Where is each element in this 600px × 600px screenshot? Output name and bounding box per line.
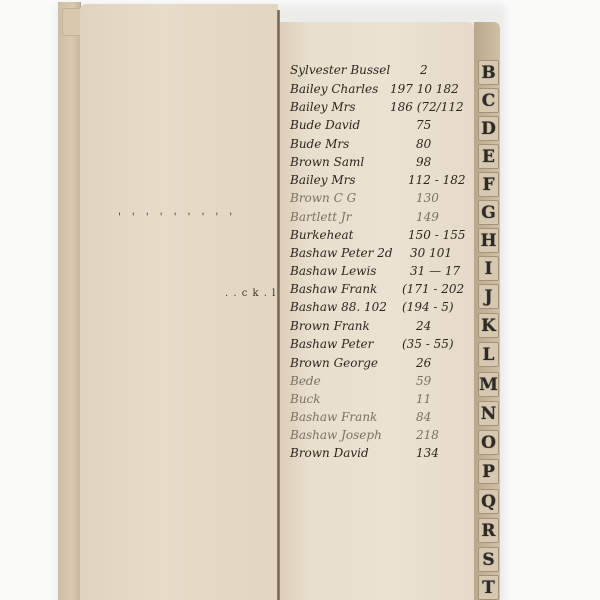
index-entry: Bude David75 xyxy=(290,118,470,138)
alphabet-tab-l[interactable]: L xyxy=(478,342,499,367)
entry-page-number: 30 101 xyxy=(410,246,452,260)
entry-page-number: 80 xyxy=(416,137,431,151)
entry-name: Bashaw Peter 2d xyxy=(290,246,393,260)
alphabet-tab-k[interactable]: K xyxy=(478,313,499,338)
entry-name: Bude David xyxy=(290,118,360,132)
entry-name: Bashaw 88. 102 xyxy=(290,300,387,314)
alphabet-tab-j[interactable]: J xyxy=(478,284,499,309)
entry-page-number: 98 xyxy=(416,155,431,169)
alphabet-tab-s[interactable]: S xyxy=(478,547,499,572)
entry-page-number: 75 xyxy=(416,118,431,132)
index-entry: Bashaw Lewis31 — 17 xyxy=(290,264,470,284)
entry-name: Bashaw Peter xyxy=(290,337,373,351)
index-entry: Bailey Mrs186 (72/112 xyxy=(290,100,470,120)
alphabet-tab-q[interactable]: Q xyxy=(478,489,499,514)
entry-page-number: 84 xyxy=(416,410,431,424)
entry-name: Burkeheat xyxy=(290,228,353,242)
alphabet-tab-n[interactable]: N xyxy=(478,401,499,426)
index-entry: Bailey Mrs112 - 182 xyxy=(290,173,470,193)
entry-page-number: 112 - 182 xyxy=(408,173,466,187)
entry-name: Buck xyxy=(290,392,321,406)
entry-page-number: 11 xyxy=(416,392,431,406)
entry-page-number: 134 xyxy=(416,446,439,460)
index-entry: Brown Saml98 xyxy=(290,155,470,175)
index-entry: Brown David134 xyxy=(290,446,470,466)
entry-page-number: 24 xyxy=(416,319,431,333)
index-entry: Bashaw Peter 2d30 101 xyxy=(290,246,470,266)
entry-page-number: (171 - 202 xyxy=(402,282,464,296)
entry-page-number: 186 (72/112 xyxy=(390,100,464,114)
index-entry: Bashaw Frank(171 - 202 xyxy=(290,282,470,302)
index-entry: Buck11 xyxy=(290,392,470,412)
index-entry: Bashaw Peter(35 - 55) xyxy=(290,337,470,357)
entry-name: Bede xyxy=(290,374,321,388)
entry-page-number: 130 xyxy=(416,191,439,205)
left-page-ink-marks: ' ' ' ' ' ' ' ' ' xyxy=(118,212,236,223)
entry-page-number: (194 - 5) xyxy=(402,300,454,314)
entry-name: Sylvester Bussel xyxy=(290,63,390,77)
alphabet-tab-b[interactable]: B xyxy=(478,60,499,85)
index-entry: Bashaw 88. 102(194 - 5) xyxy=(290,300,470,320)
photo-scene: ' ' ' ' ' ' ' ' ' . . c k . l . Sylveste… xyxy=(0,0,600,600)
alphabet-tab-r[interactable]: R xyxy=(478,518,499,543)
entry-name: Bude Mrs xyxy=(290,137,349,151)
entry-name: Brown David xyxy=(290,446,369,460)
entry-page-number: 150 - 155 xyxy=(408,228,466,242)
index-entry: Sylvester Bussel2 xyxy=(290,63,470,83)
entry-name: Brown George xyxy=(290,356,378,370)
alphabet-tab-o[interactable]: O xyxy=(478,430,499,455)
entry-page-number: 2 xyxy=(420,63,428,77)
entry-page-number: 149 xyxy=(416,210,439,224)
alphabet-tab-m[interactable]: M xyxy=(478,372,499,397)
alphabet-tab-f[interactable]: F xyxy=(478,172,499,197)
index-entry: Brown C G130 xyxy=(290,191,470,211)
entry-page-number: 197 10 182 xyxy=(390,82,459,96)
alphabet-tab-p[interactable]: P xyxy=(478,459,499,484)
entry-name: Bashaw Joseph xyxy=(290,428,382,442)
alphabet-tab-t[interactable]: T xyxy=(478,575,499,600)
entry-name: Bailey Mrs xyxy=(290,173,356,187)
entry-page-number: 59 xyxy=(416,374,431,388)
entry-page-number: (35 - 55) xyxy=(402,337,454,351)
index-entry: Bartlett Jr149 xyxy=(290,210,470,230)
index-entry: Brown Frank24 xyxy=(290,319,470,339)
entry-page-number: 218 xyxy=(416,428,439,442)
index-entry: Bailey Charles197 10 182 xyxy=(290,82,470,102)
alphabet-tab-d[interactable]: D xyxy=(478,116,499,141)
entry-name: Brown Saml xyxy=(290,155,364,169)
index-entry: Burkeheat150 - 155 xyxy=(290,228,470,248)
index-entry: Bashaw Joseph218 xyxy=(290,428,470,448)
alphabet-tab-e[interactable]: E xyxy=(478,144,499,169)
alphabet-tab-c[interactable]: C xyxy=(478,88,499,113)
entry-name: Bartlett Jr xyxy=(290,210,351,224)
alphabet-tab-h[interactable]: H xyxy=(478,228,499,253)
left-page xyxy=(80,4,278,600)
entry-name: Bailey Charles xyxy=(290,82,378,96)
alphabet-tab-g[interactable]: G xyxy=(478,200,499,225)
entry-name: Bashaw Lewis xyxy=(290,264,376,278)
index-entry: Brown George26 xyxy=(290,356,470,376)
entry-name: Brown C G xyxy=(290,191,356,205)
index-entry: Bede59 xyxy=(290,374,470,394)
alphabet-tab-i[interactable]: I xyxy=(478,256,499,281)
entry-name: Bashaw Frank xyxy=(290,410,377,424)
entry-name: Brown Frank xyxy=(290,319,370,333)
index-entry: Bude Mrs80 xyxy=(290,137,470,157)
left-page-ink-marks: . . c k . l . xyxy=(225,288,285,299)
index-entry: Bashaw Frank84 xyxy=(290,410,470,430)
entry-page-number: 26 xyxy=(416,356,431,370)
book-cover-edge xyxy=(58,2,81,600)
entry-name: Bailey Mrs xyxy=(290,100,356,114)
entry-name: Bashaw Frank xyxy=(290,282,377,296)
entry-page-number: 31 — 17 xyxy=(410,264,460,278)
